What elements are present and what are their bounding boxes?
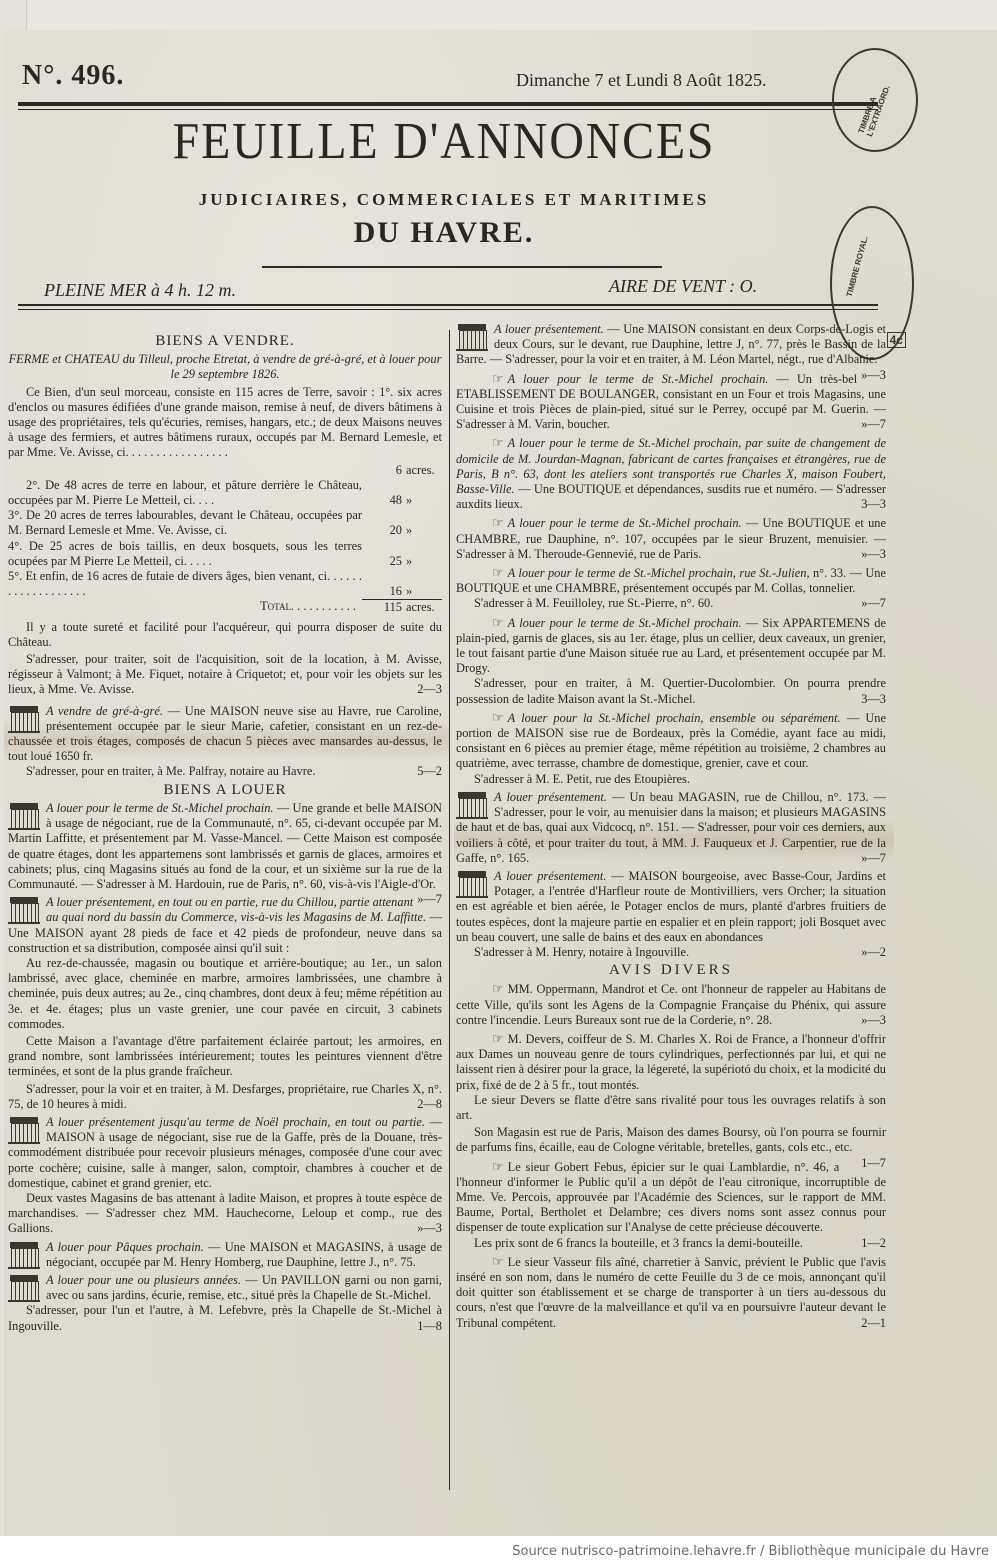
insertion-code: 1—8: [399, 1319, 442, 1334]
ad-lead: A louer pour le terme de St.-Michel proc…: [46, 801, 274, 815]
farm-sale-contact: S'adresser, pour traiter, soit de l'acqu…: [8, 652, 442, 698]
stamp-label: TIMBRE A L'EXTRAORD.: [857, 60, 900, 138]
ad-rent: ☞A louer pour le terme de St.-Michel pro…: [456, 435, 886, 512]
ad-contact: S'adresser à M. E. Petit, rue des Etoupi…: [456, 772, 886, 787]
ad-lead: A louer présentement jusqu'au terme de N…: [46, 1115, 425, 1129]
acreage-table: 6acres. 2°. De 48 acres de terre en labo…: [8, 463, 442, 616]
ad-rent: ☞A louer pour le terme de St.-Michel pro…: [456, 615, 886, 707]
ad-rent: A louer pour une ou plusieurs années. — …: [8, 1273, 442, 1334]
header-rule: [18, 304, 878, 306]
stamp-label: TIMBRE ROYAL.: [845, 235, 870, 298]
ad-contact: S'adresser à M. Feuilloley, rue St.-Pier…: [456, 596, 886, 611]
pointing-hand-icon: ☞: [474, 515, 504, 530]
farm-sale-lead: FERME et CHATEAU du Tilleul, proche Etre…: [8, 352, 442, 382]
wind-direction: AIRE DE VENT : O.: [609, 276, 757, 297]
notice-text: Le sieur Gobert Febus, épicier sur le qu…: [456, 1160, 886, 1235]
ad-lead: A louer pour le terme de St.-Michel proc…: [508, 516, 742, 530]
pointing-hand-icon: ☞: [474, 435, 504, 450]
ad-lead: A louer pour le terme de St.-Michel proc…: [508, 616, 742, 630]
contact-text: S'adresser à M. Feuilloley, rue St.-Pier…: [474, 596, 713, 610]
top-rule-thin: [18, 109, 878, 110]
contact-text: S'adresser, pour l'un et l'autre, à M. L…: [8, 1303, 442, 1332]
right-column: A louer présentement. — Une MAISON consi…: [456, 322, 886, 1334]
contact-text: S'adresser à M. Henry, notaire à Ingouvi…: [474, 945, 689, 959]
insertion-code: 1—2: [843, 1236, 886, 1251]
pointing-hand-icon: ☞: [474, 981, 504, 996]
top-rule: [18, 102, 878, 106]
ad-contact: S'adresser, pour en traiter, à M. Querti…: [456, 676, 886, 706]
pointing-hand-icon: ☞: [474, 1159, 504, 1174]
ad-contact: S'adresser, pour l'un et l'autre, à M. L…: [8, 1303, 442, 1333]
newspaper-subtitle: JUDICIAIRES, COMMERCIALES ET MARITIMES: [24, 190, 884, 210]
pointing-hand-icon: ☞: [474, 1031, 504, 1046]
insertion-code: 2—1: [843, 1316, 886, 1331]
insertion-code: 2—8: [399, 1097, 442, 1112]
ad-rent: ☞A louer pour le terme de St.-Michel pro…: [456, 515, 886, 562]
insertion-code: 2—3: [399, 682, 442, 697]
lot-unit: »: [406, 523, 442, 538]
ad-house-sale: A vendre de gré-à-gré. — Une MAISON neuv…: [8, 704, 442, 780]
ad-rent: A louer pour le terme de St.-Michel proc…: [8, 801, 442, 892]
misc-notice: ☞MM. Oppermann, Mandrot et Ce. ont l'hon…: [456, 981, 886, 1028]
house-icon: [8, 803, 40, 831]
notice-text: MM. Oppermann, Mandrot et Ce. ont l'honn…: [456, 982, 886, 1026]
country-house-icon: [456, 871, 488, 899]
notice-paragraph: Les prix sont de 6 francs la bouteille, …: [456, 1236, 886, 1251]
issue-number: N°. 496.: [22, 60, 124, 92]
ad-lead: A louer pour le terme de St.-Michel proc…: [508, 372, 769, 386]
total-unit: acres.: [406, 599, 442, 615]
column-separator: [449, 330, 450, 1490]
lot-value: 16: [362, 584, 406, 599]
misc-notice: ☞M. Devers, coiffeur de S. M. Charles X.…: [456, 1031, 886, 1156]
section-heading-for-rent: BIENS A LOUER: [8, 783, 442, 798]
notice-paragraph: Le sieur Devers se flatte d'être sans ri…: [456, 1093, 886, 1123]
notice-text: Le sieur Vasseur fils aîné, charretier à…: [456, 1255, 886, 1330]
ad-lead: A louer pour une ou plusieurs années.: [46, 1273, 241, 1287]
pointing-hand-icon: ☞: [474, 710, 504, 725]
lot-value: 48: [362, 493, 406, 508]
lot-text: 5°. Et enfin, de 16 acres de futaie de d…: [8, 569, 362, 599]
tax-stamp-extraordinary: TIMBRE A L'EXTRAORD.: [832, 48, 918, 152]
ad-lead: A vendre de gré-à-gré.: [46, 704, 163, 718]
farm-sale-intro: Ce Bien, d'un seul morceau, consiste en …: [8, 385, 442, 461]
source-credit: Source nutrisco-patrimoine.lehavre.fr / …: [512, 1544, 989, 1559]
lot-value: 6: [362, 463, 406, 478]
notice-text: M. Devers, coiffeur de S. M. Charles X. …: [456, 1032, 886, 1092]
contact-text: S'adresser, pour en traiter, à M. Querti…: [456, 676, 886, 705]
insertion-code: »—7: [843, 596, 886, 611]
ad-rent: A louer présentement. — MAISON bourgeois…: [456, 869, 886, 960]
lot-unit: »: [406, 493, 442, 508]
left-column: BIENS A VENDRE. FERME et CHATEAU du Till…: [8, 332, 442, 1337]
section-heading-for-sale: BIENS A VENDRE.: [8, 334, 442, 349]
lot-text: 3°. De 20 acres de terres labourables, d…: [8, 508, 362, 538]
pavilion-icon: [8, 1275, 40, 1303]
house-icon: [8, 706, 40, 734]
stamp-tax-value: 4c: [887, 332, 906, 348]
lot-unit: acres.: [406, 463, 442, 478]
lot-text: [8, 463, 362, 478]
ad-paragraph: Au rez-de-chaussée, magasin ou boutique …: [8, 956, 442, 1032]
insertion-code: 3—3: [843, 497, 886, 512]
ad-rent: A louer pour Pâques prochain. — Une MAIS…: [8, 1240, 442, 1270]
header-rule-thin: [18, 309, 878, 310]
newspaper-page: N°. 496. Dimanche 7 et Lundi 8 Août 1825…: [4, 30, 997, 1536]
newspaper-title: FEUILLE D'ANNONCES: [39, 112, 849, 171]
insertion-code: »—7: [861, 851, 886, 866]
insertion-code: 5—2: [399, 764, 442, 779]
contact-text: S'adresser, pour la voir et en traiter, …: [8, 1082, 442, 1111]
lot-value: 25: [362, 554, 406, 569]
farm-sale-para: Il y a toute sureté et facilité pour l'a…: [8, 620, 442, 650]
pointing-hand-icon: ☞: [474, 371, 504, 386]
ad-rent: ☞A louer pour le terme de St.-Michel pro…: [456, 565, 886, 612]
ad-lead: A louer présentement, en tout ou en part…: [46, 895, 426, 924]
ad-rent: A louer présentement. — Une MAISON consi…: [456, 322, 886, 368]
ad-lead: A louer pour la St.-Michel prochain, ens…: [508, 711, 841, 725]
source-footer: Source nutrisco-patrimoine.lehavre.fr / …: [0, 1536, 997, 1566]
ad-lead: A louer présentement.: [494, 322, 604, 336]
contact-text: S'adresser, pour traiter, soit de l'acqu…: [8, 652, 442, 696]
ad-contact: S'adresser, pour la voir et en traiter, …: [8, 1082, 442, 1112]
insertion-code: 3—3: [843, 692, 886, 707]
house-icon: [8, 1117, 40, 1145]
misc-notice: ☞Le sieur Vasseur fils aîné, charretier …: [456, 1254, 886, 1331]
lot-unit: »: [406, 584, 442, 599]
ad-rent: A louer présentement. — Un beau MAGASIN,…: [456, 790, 886, 866]
ad-rent: A louer présentement, en tout ou en part…: [8, 895, 442, 1112]
ad-paragraph: Cette Maison a l'avantage d'être parfait…: [8, 1034, 442, 1080]
insertion-code: »—2: [843, 945, 886, 960]
lot-unit: »: [406, 554, 442, 569]
ad-rent: ☞A louer pour le terme de St.-Michel pro…: [456, 371, 886, 433]
ad-text: — Une BOUTIQUE et dépendances, susdits r…: [456, 482, 886, 511]
ad-contact: Deux vastes Magasins de bas attenant à l…: [8, 1191, 442, 1237]
ad-lead: A louer pour Pâques prochain.: [46, 1240, 204, 1254]
contact-text: Deux vastes Magasins de bas attenant à l…: [8, 1191, 442, 1235]
house-icon: [8, 897, 40, 925]
insertion-code: »—7: [843, 417, 886, 432]
ad-lead: A louer pour le terme de St.-Michel proc…: [508, 566, 810, 580]
total-value: 115: [362, 599, 406, 615]
ad-rent: A louer présentement jusqu'au terme de N…: [8, 1115, 442, 1237]
pointing-hand-icon: ☞: [474, 1254, 504, 1269]
section-heading-misc: AVIS DIVERS: [456, 963, 886, 978]
insertion-code: »—3: [399, 1221, 442, 1236]
ad-lead: A louer présentement.: [494, 869, 606, 883]
ad-lead: A louer présentement.: [494, 790, 607, 804]
house-icon: [8, 1242, 40, 1270]
contact-text: S'adresser, pour en traiter, à Me. Palfr…: [26, 764, 315, 778]
pointing-hand-icon: ☞: [474, 565, 504, 580]
insertion-code: »—3: [843, 547, 886, 562]
issue-date: Dimanche 7 et Lundi 8 Août 1825.: [516, 70, 766, 91]
pointing-hand-icon: ☞: [474, 615, 504, 630]
title-rule: [262, 266, 662, 268]
lot-value: 20: [362, 523, 406, 538]
high-tide-info: PLEINE MER à 4 h. 12 m.: [44, 280, 236, 301]
lot-text: 2°. De 48 acres de terre en labour, et p…: [8, 478, 362, 508]
insertion-code: »—3: [843, 1013, 886, 1028]
ad-contact: S'adresser, pour en traiter, à Me. Palfr…: [8, 764, 442, 779]
warehouse-icon: [456, 792, 488, 820]
newspaper-city: DU HAVRE.: [4, 216, 884, 250]
house-icon: [456, 324, 488, 352]
notice-text: Son Magasin est rue de Paris, Maison des…: [456, 1125, 886, 1154]
lot-text: 4°. De 25 acres de bois taillis, en deux…: [8, 539, 362, 569]
misc-notice: ☞Le sieur Gobert Febus, épicier sur le q…: [456, 1159, 886, 1251]
ad-contact: S'adresser à M. Henry, notaire à Ingouvi…: [456, 945, 886, 960]
notice-text: Les prix sont de 6 francs la bouteille, …: [474, 1236, 803, 1250]
total-label: Total. . . . . . . . . . .: [8, 599, 362, 615]
ad-rent: ☞A louer pour la St.-Michel prochain, en…: [456, 710, 886, 787]
notice-paragraph: Son Magasin est rue de Paris, Maison des…: [456, 1125, 886, 1155]
